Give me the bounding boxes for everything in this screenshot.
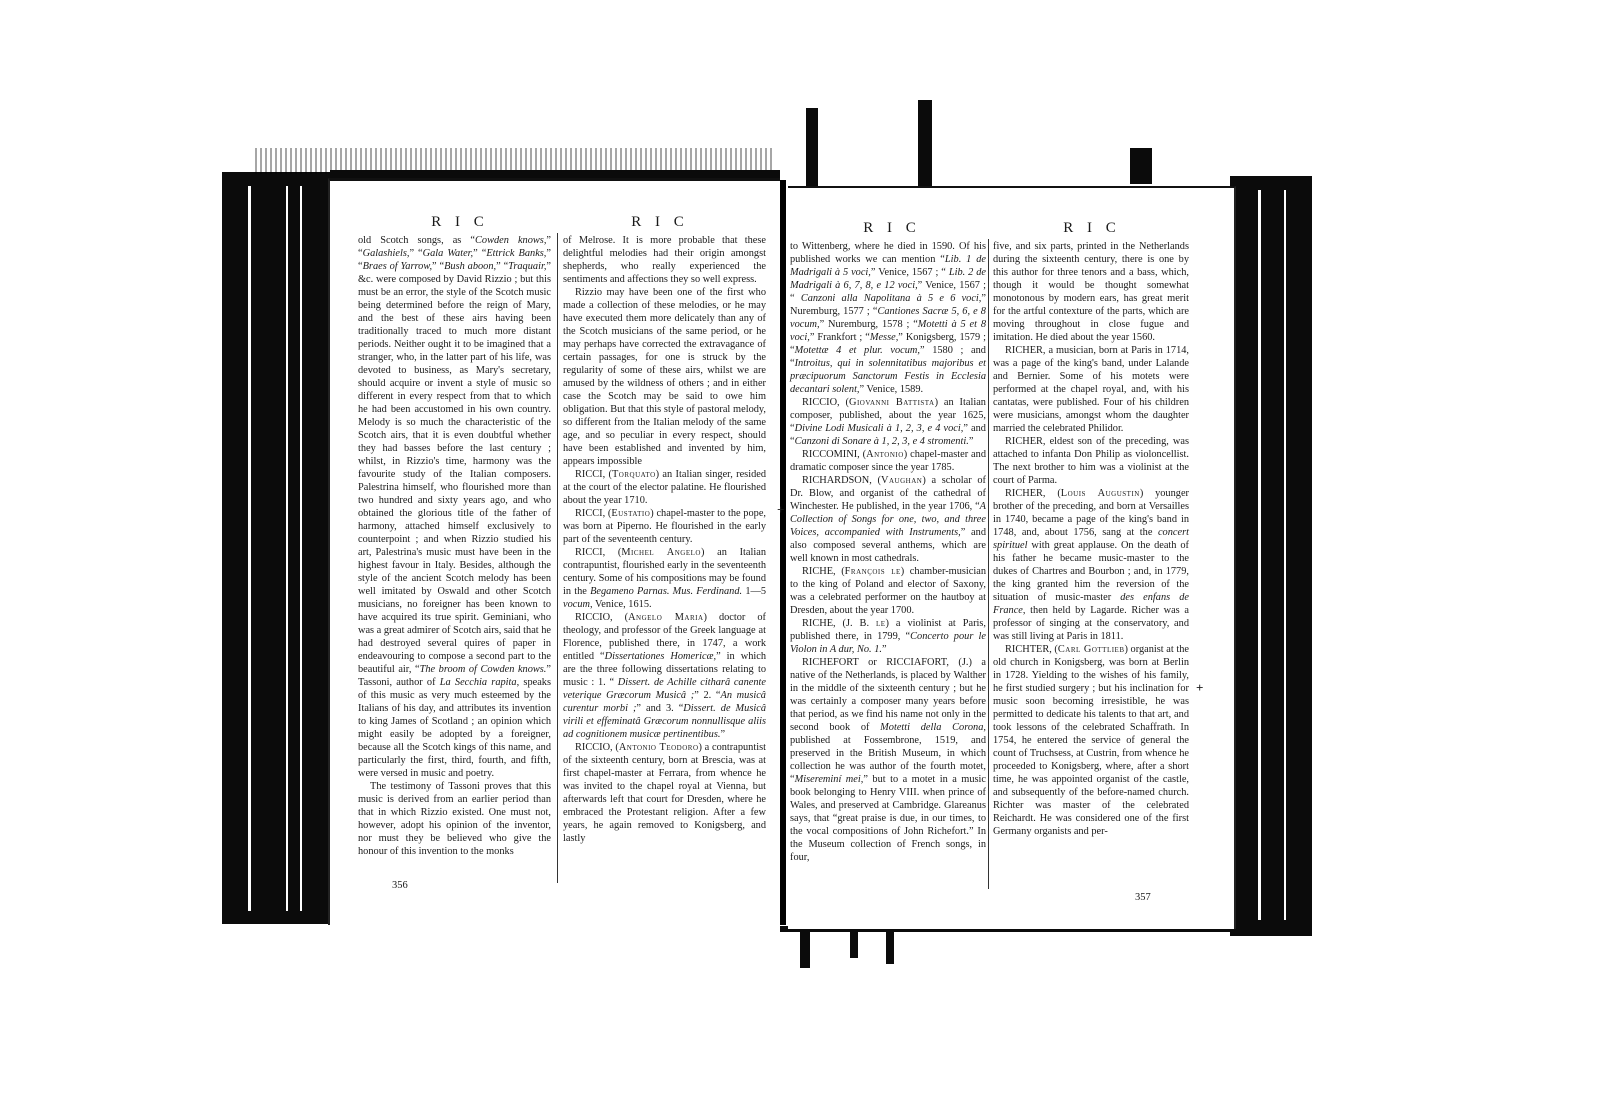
dictionary-entry: RICCIO, (Antonio Teodoro) a contrapuntis… bbox=[563, 741, 766, 845]
running-head: R I C bbox=[832, 220, 952, 237]
page-edge-line bbox=[286, 186, 288, 911]
dictionary-entry: RICHE, (J. B. le) a violinist at Paris, … bbox=[790, 617, 986, 656]
dictionary-entry: RICHARDSON, (Vaughan) a scholar of Dr. B… bbox=[790, 474, 986, 565]
dictionary-entry: RICHE, (François le) chamber-musician to… bbox=[790, 565, 986, 617]
page-edge-line bbox=[1258, 190, 1261, 920]
dictionary-entry: RICHEFORT or RICCIAFORT, (J.) a native o… bbox=[790, 656, 986, 864]
text-column: of Melrose. It is more probable that the… bbox=[563, 234, 766, 845]
dictionary-entry: RICHER, eldest son of the preceding, was… bbox=[993, 435, 1189, 487]
page-edge-line bbox=[248, 186, 251, 911]
book-gutter bbox=[780, 180, 786, 925]
running-head: R I C bbox=[400, 214, 520, 231]
dictionary-entry: RICCI, (Michel Angelo) an Italian contra… bbox=[563, 546, 766, 611]
column-rule bbox=[988, 239, 989, 889]
page-number: 356 bbox=[392, 880, 408, 891]
dictionary-entry: RICCIO, (Giovanni Battista) an Italian c… bbox=[790, 396, 986, 448]
text-column: old Scotch songs, as “Cowden knows,” “Ga… bbox=[358, 234, 551, 858]
column-rule bbox=[557, 233, 558, 883]
book-right-cover bbox=[1230, 176, 1312, 936]
dictionary-entry: Rizzio may have been one of the first wh… bbox=[563, 286, 766, 468]
bookmark-ribbon bbox=[850, 928, 858, 958]
running-head: R I C bbox=[1032, 220, 1152, 237]
dictionary-entry: RICHER, (Louis Augustin) younger brother… bbox=[993, 487, 1189, 643]
book-top-edge bbox=[330, 170, 780, 178]
dictionary-entry: The testimony of Tassoni proves that thi… bbox=[358, 780, 551, 858]
dictionary-entry: RICCI, (Torquato) an Italian singer, res… bbox=[563, 468, 766, 507]
bookmark-ribbon bbox=[886, 928, 894, 964]
running-head: R I C bbox=[600, 214, 720, 231]
text-column: to Wittenberg, where he died in 1590. Of… bbox=[790, 240, 986, 864]
text-column: five, and six parts, printed in the Neth… bbox=[993, 240, 1189, 838]
dictionary-entry: RICHTER, (Carl Gottlieb) organist at the… bbox=[993, 643, 1189, 838]
bookmark-ribbon bbox=[806, 108, 818, 188]
dictionary-entry: RICCOMINI, (Antonio) chapel-master and d… bbox=[790, 448, 986, 474]
margin-annotation-mark: + bbox=[1196, 680, 1203, 696]
book-right-cover bbox=[1130, 148, 1152, 184]
page-number: 357 bbox=[1135, 892, 1151, 903]
book-left-cover bbox=[222, 172, 330, 924]
dictionary-entry: RICCI, (Eustatio) chapel-master to the p… bbox=[563, 507, 766, 546]
bookmark-ribbon bbox=[800, 928, 810, 968]
dictionary-entry: RICCIO, (Angelo Maria) doctor of theolog… bbox=[563, 611, 766, 741]
page-edge-line bbox=[300, 186, 302, 911]
continued-text: old Scotch songs, as “Cowden knows,” “Ga… bbox=[358, 234, 551, 780]
page-edge-line bbox=[1284, 190, 1286, 920]
continued-text: of Melrose. It is more probable that the… bbox=[563, 234, 766, 286]
bookmark-ribbon bbox=[918, 100, 932, 188]
margin-annotation-mark: + bbox=[777, 502, 784, 518]
continued-text: to Wittenberg, where he died in 1590. Of… bbox=[790, 240, 986, 396]
continued-text: five, and six parts, printed in the Neth… bbox=[993, 240, 1189, 344]
dictionary-entry: RICHER, a musician, born at Paris in 171… bbox=[993, 344, 1189, 435]
